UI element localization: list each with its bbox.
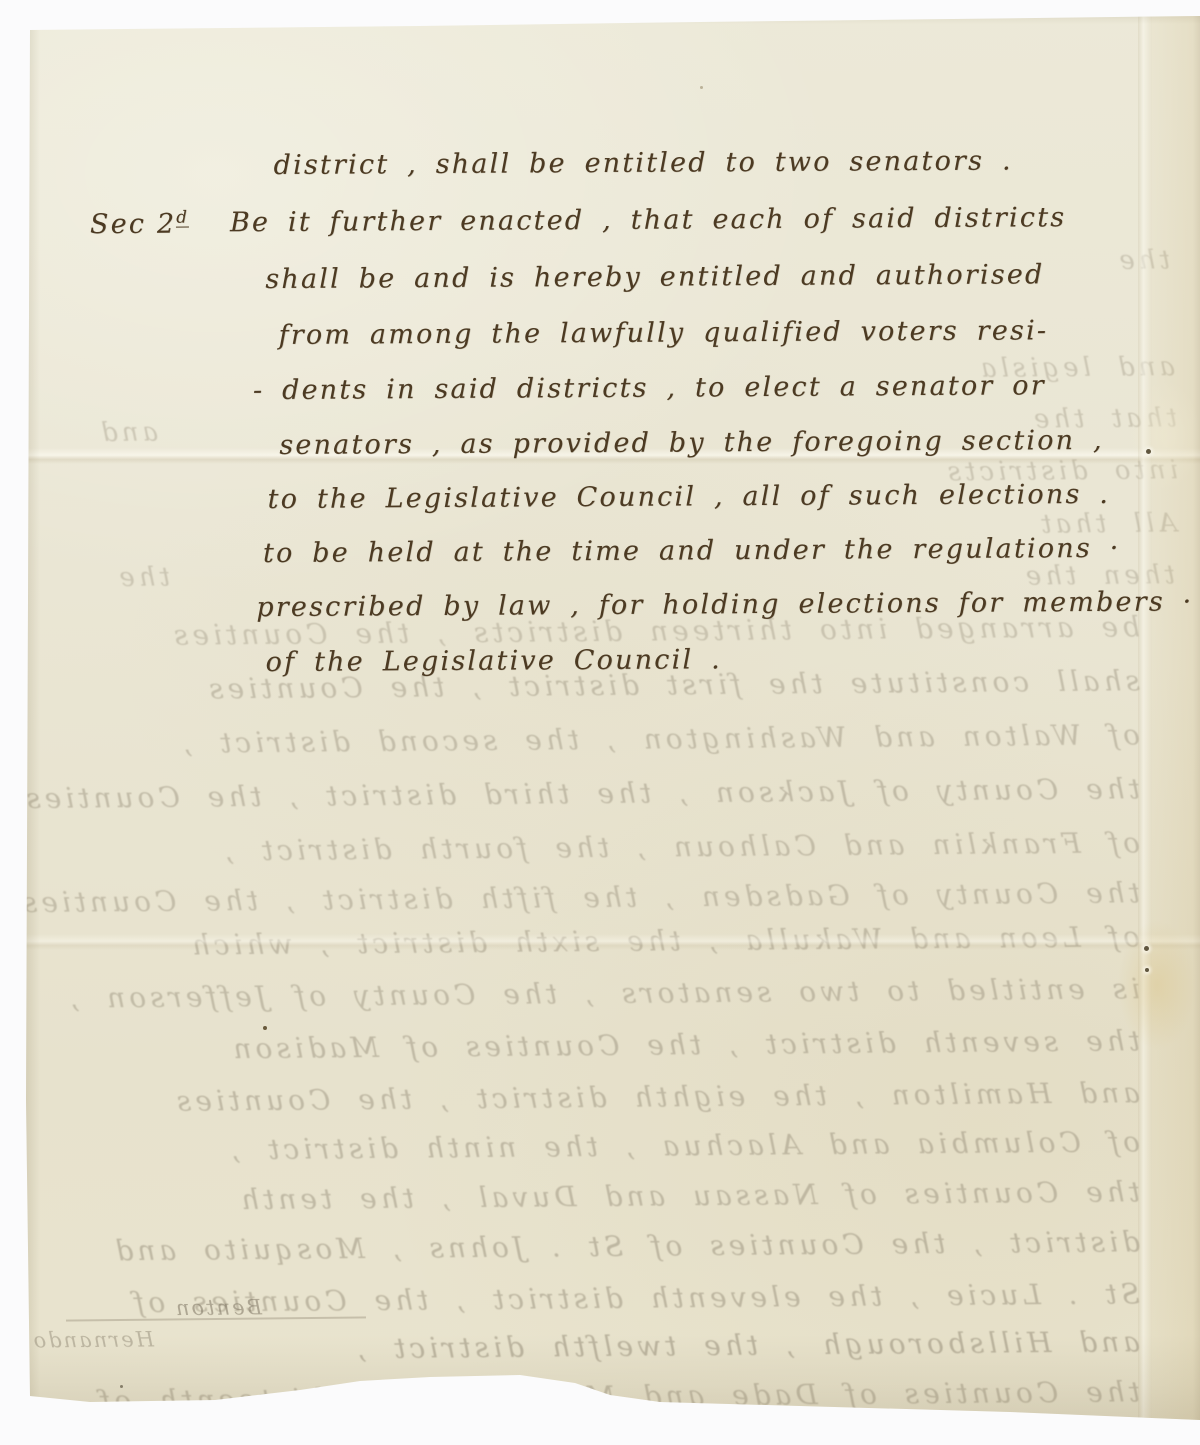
section-label-superscript: d bbox=[176, 207, 189, 228]
handwritten-line: shall be and is hereby entitled and auth… bbox=[265, 259, 1044, 295]
scanned-manuscript-screenshot: { "page": { "background_color": "#fbfbfc… bbox=[0, 0, 1200, 1445]
handwritten-line: - dents in said districts , to elect a s… bbox=[253, 370, 1046, 406]
handwritten-line: senators , as provided by the foregoing … bbox=[279, 425, 1104, 461]
section-label: Sec 2d bbox=[90, 209, 189, 241]
handwritten-line: to be held at the time and under the reg… bbox=[263, 533, 1121, 569]
manuscript-paper: be arranged into thirteen districts , th… bbox=[0, 0, 1200, 1445]
handwritten-line: district , shall be entitled to two sena… bbox=[273, 145, 1012, 181]
handwriting-layer: Sec 2d district , shall be entitled to t… bbox=[0, 0, 1200, 1445]
handwritten-line: Be it further enacted , that each of sai… bbox=[230, 202, 1067, 238]
handwritten-line: from among the lawfully qualified voters… bbox=[279, 315, 1049, 351]
section-label-text: Sec 2 bbox=[90, 209, 177, 241]
handwritten-line: to the Legislative Council , all of such… bbox=[268, 479, 1111, 515]
handwritten-line: prescribed by law , for holding election… bbox=[256, 586, 1193, 623]
handwritten-line: of the Legislative Council . bbox=[266, 644, 722, 678]
